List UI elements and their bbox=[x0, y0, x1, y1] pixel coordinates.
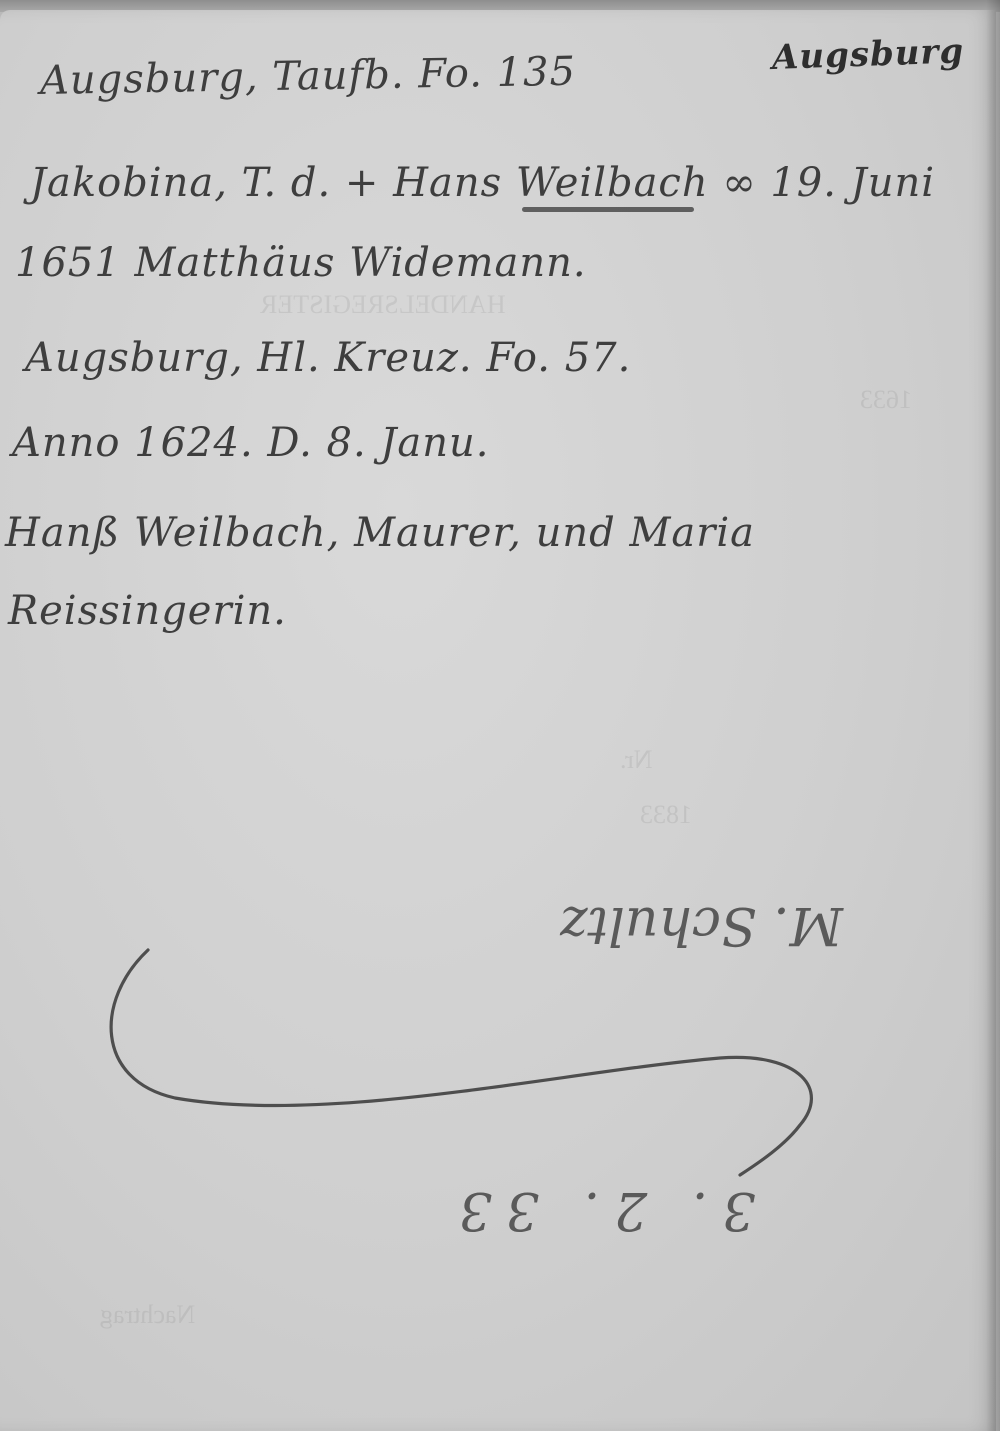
bleed-through-text: Nachtrag bbox=[100, 1300, 195, 1330]
source-reference-line: Augsburg, Taufb. Fo. 135 bbox=[40, 49, 577, 104]
bleed-through-text: 1833 bbox=[640, 800, 692, 830]
page-right-shadow bbox=[986, 0, 1000, 1431]
entry-line: Hanß Weilbach, Maurer, und Maria bbox=[5, 510, 755, 556]
surname-underline bbox=[522, 207, 694, 212]
source-reference-line: Augsburg, Hl. Kreuz. Fo. 57. bbox=[25, 335, 631, 381]
entry-date-line: Anno 1624. D. 8. Janu. bbox=[12, 420, 490, 466]
inverted-signature: M. Schultz bbox=[560, 895, 843, 955]
header-stamp: Augsburg bbox=[771, 31, 964, 78]
entry-line: Jakobina, T. d. + Hans Weilbach ∞ 19. Ju… bbox=[30, 160, 935, 206]
bleed-through-text: Nr. bbox=[620, 745, 653, 775]
entry-line: Reissingerin. bbox=[8, 588, 287, 634]
bleed-through-text: HANDELSREGISTER bbox=[260, 290, 506, 320]
inverted-date: 3. 2. 33 bbox=[445, 1180, 755, 1240]
bleed-through-text: 1633 bbox=[860, 385, 912, 415]
entry-line: 1651 Matthäus Widemann. bbox=[15, 240, 587, 286]
